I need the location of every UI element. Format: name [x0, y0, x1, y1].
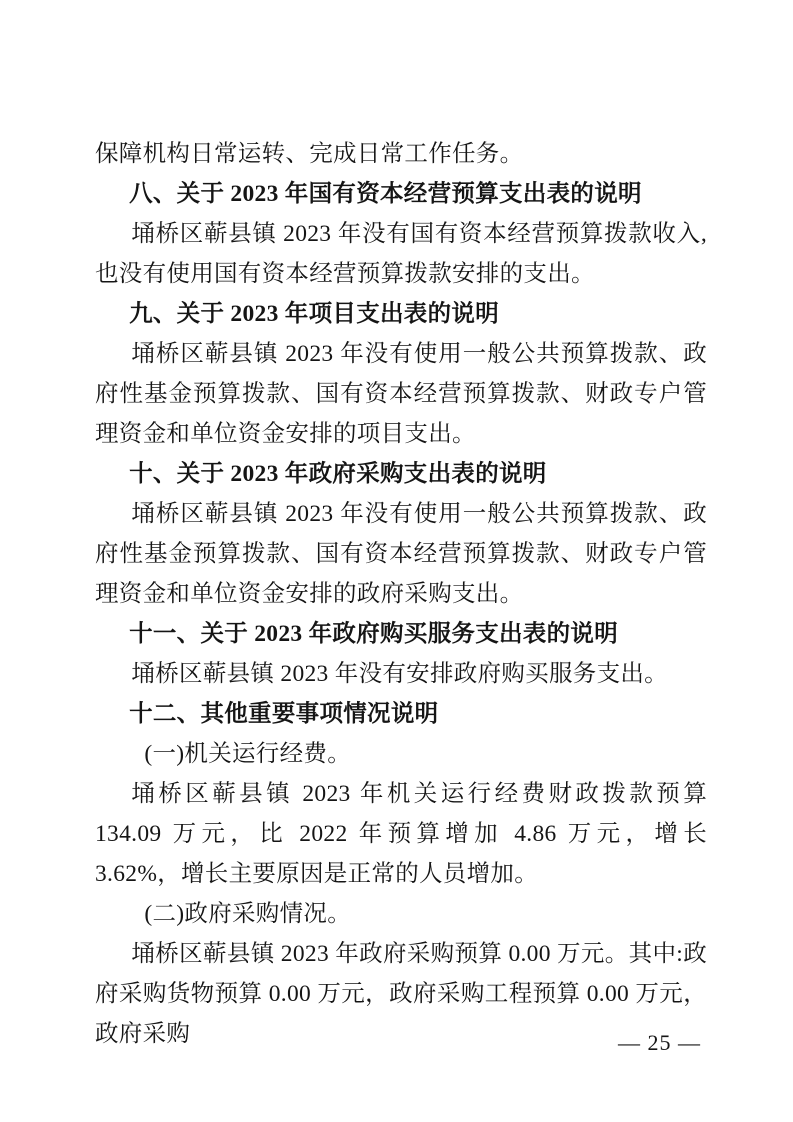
paragraph-section-11: 埇桥区蕲县镇 2023 年没有安排政府购买服务支出。	[95, 654, 707, 694]
paragraph-section-10: 埇桥区蕲县镇 2023 年没有使用一般公共预算拨款、政府性基金预算拨款、国有资本…	[95, 494, 707, 614]
subitem-1-agency-operating-funds: (一)机关运行经费。	[95, 734, 707, 774]
document-body: 保障机构日常运转、完成日常工作任务。 八、关于 2023 年国有资本经营预算支出…	[95, 134, 707, 1054]
paragraph-gov-procurement-situation: 埇桥区蕲县镇 2023 年政府采购预算 0.00 万元。其中:政府采购货物预算 …	[95, 934, 707, 1054]
paragraph-section-8: 埇桥区蕲县镇 2023 年没有国有资本经营预算拨款收入,也没有使用国有资本经营预…	[95, 214, 707, 294]
paragraph-agency-operating-funds: 埇桥区蕲县镇 2023 年机关运行经费财政拨款预算 134.09 万元，比 20…	[95, 774, 707, 894]
section-heading-12-other-important-matters: 十二、其他重要事项情况说明	[95, 694, 707, 734]
section-heading-8-soe-capital-budget: 八、关于 2023 年国有资本经营预算支出表的说明	[95, 174, 707, 214]
paragraph-continuation-daily-operations: 保障机构日常运转、完成日常工作任务。	[95, 134, 707, 174]
paragraph-section-9: 埇桥区蕲县镇 2023 年没有使用一般公共预算拨款、政府性基金预算拨款、国有资本…	[95, 334, 707, 454]
section-heading-11-gov-purchased-services: 十一、关于 2023 年政府购买服务支出表的说明	[95, 614, 707, 654]
subitem-2-gov-procurement-situation: (二)政府采购情况。	[95, 894, 707, 934]
section-heading-9-project-expenditure: 九、关于 2023 年项目支出表的说明	[95, 294, 707, 334]
section-heading-10-gov-procurement: 十、关于 2023 年政府采购支出表的说明	[95, 454, 707, 494]
document-page: 保障机构日常运转、完成日常工作任务。 八、关于 2023 年国有资本经营预算支出…	[0, 0, 793, 1122]
page-number: — 25 —	[618, 1030, 701, 1056]
